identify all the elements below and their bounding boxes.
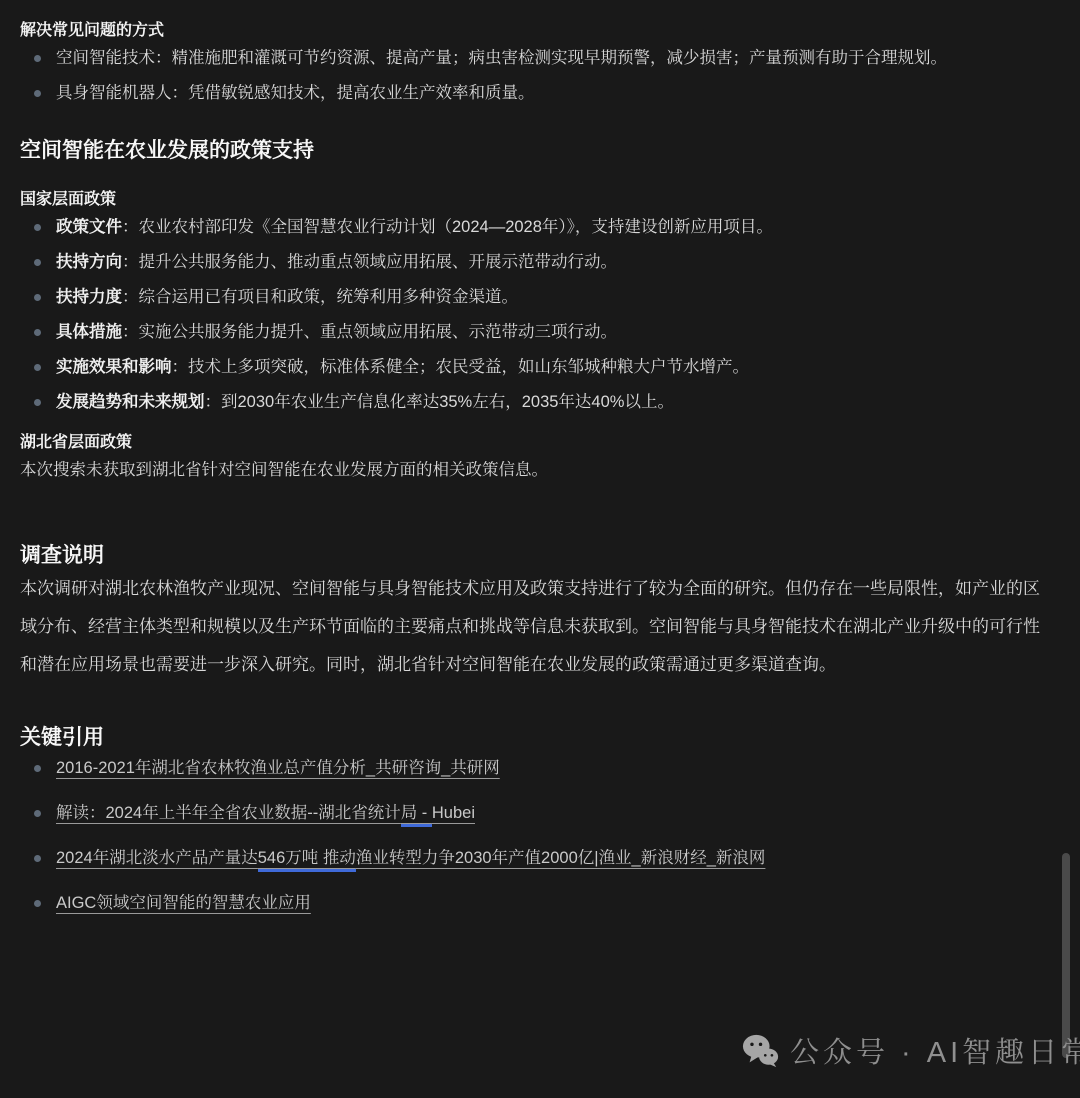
list-item: AIGC领域空间智能的智慧农业应用 bbox=[34, 887, 1044, 919]
survey-paragraph: 本次调研对湖北农林渔牧产业现况、空间智能与具身智能技术应用及政策支持进行了较为全… bbox=[20, 570, 1044, 684]
wechat-icon bbox=[742, 1032, 780, 1070]
bullet-dot-icon bbox=[34, 329, 41, 336]
reference-link[interactable]: 2016-2021年湖北省农林牧渔业总产值分析_共研咨询_共研网 bbox=[56, 759, 500, 777]
bullet-dot-icon bbox=[34, 364, 41, 371]
list-item-label: 具体措施 bbox=[56, 323, 122, 341]
reference-link[interactable]: AIGC领域空间智能的智慧农业应用 bbox=[56, 894, 311, 912]
list-item: 扶持方向：提升公共服务能力、推动重点领域应用拓展、开展示范带动行动。 bbox=[34, 246, 1044, 278]
link-text: 2024年湖北淡水产品产量达 bbox=[56, 849, 258, 867]
section-heading-solutions: 解决常见问题的方式 bbox=[20, 20, 1044, 42]
subheading-national-policy: 国家层面政策 bbox=[20, 189, 1044, 211]
solutions-list: 空间智能技术：精准施肥和灌溉可节约资源、提高产量；病虫害检测实现早期预警，减少损… bbox=[20, 42, 1044, 109]
list-item: 2024年湖北淡水产品产量达546万吨 推动渔业转型力争2030年产值2000亿… bbox=[34, 842, 1044, 874]
link-text: Hubei bbox=[432, 804, 475, 822]
scrollbar-thumb[interactable] bbox=[1062, 853, 1070, 1058]
list-item-label: 实施效果和影响 bbox=[56, 358, 172, 376]
list-item-text: ：实施公共服务能力提升、重点领域应用拓展、示范带动三项行动。 bbox=[122, 323, 617, 341]
list-item-text: ：农业农村部印发《全国智慧农业行动计划（2024—2028年）》，支持建设创新应… bbox=[122, 218, 773, 236]
link-text: 解读：2024年上半年全省农业数据--湖北省统计 bbox=[56, 804, 401, 822]
bullet-dot-icon bbox=[34, 224, 41, 231]
link-text-highlighted: 局 - bbox=[401, 804, 432, 827]
bullet-dot-icon bbox=[34, 399, 41, 406]
bullet-dot-icon bbox=[34, 294, 41, 301]
subheading-hubei-policy: 湖北省层面政策 bbox=[20, 432, 1044, 454]
list-item-text: ：提升公共服务能力、推动重点领域应用拓展、开展示范带动行动。 bbox=[122, 253, 617, 271]
list-item: 发展趋势和未来规划：到2030年农业生产信息化率达35%左右，2035年达40%… bbox=[34, 386, 1044, 418]
section-heading-survey: 调查说明 bbox=[20, 542, 1044, 570]
list-item: 2016-2021年湖北省农林牧渔业总产值分析_共研咨询_共研网 bbox=[34, 752, 1044, 784]
list-item-text: 具身智能机器人：凭借敏锐感知技术，提高农业生产效率和质量。 bbox=[56, 84, 535, 102]
section-heading-policy: 空间智能在农业发展的政策支持 bbox=[20, 137, 1044, 165]
bullet-dot-icon bbox=[34, 900, 41, 907]
list-item: 解读：2024年上半年全省农业数据--湖北省统计局 - Hubei bbox=[34, 797, 1044, 829]
report-page: 解决常见问题的方式 空间智能技术：精准施肥和灌溉可节约资源、提高产量；病虫害检测… bbox=[0, 0, 1080, 1098]
list-item: 政策文件：农业农村部印发《全国智慧农业行动计划（2024—2028年）》，支持建… bbox=[34, 211, 1044, 243]
watermark: 公众号 · AI智趣日常 bbox=[742, 1030, 1080, 1071]
list-item: 具体措施：实施公共服务能力提升、重点领域应用拓展、示范带动三项行动。 bbox=[34, 316, 1044, 348]
list-item: 具身智能机器人：凭借敏锐感知技术，提高农业生产效率和质量。 bbox=[34, 77, 1044, 109]
list-item: 空间智能技术：精准施肥和灌溉可节约资源、提高产量；病虫害检测实现早期预警，减少损… bbox=[34, 42, 1044, 74]
list-item: 扶持力度：综合运用已有项目和政策，统筹利用多种资金渠道。 bbox=[34, 281, 1044, 313]
list-item: 实施效果和影响：技术上多项突破，标准体系健全；农民受益，如山东邹城种粮大户节水增… bbox=[34, 351, 1044, 383]
list-item-label: 扶持力度 bbox=[56, 288, 122, 306]
reference-link[interactable]: 解读：2024年上半年全省农业数据--湖北省统计局 - Hubei bbox=[56, 804, 475, 827]
reference-link[interactable]: 2024年湖北淡水产品产量达546万吨 推动渔业转型力争2030年产值2000亿… bbox=[56, 849, 765, 872]
references-list: 2016-2021年湖北省农林牧渔业总产值分析_共研咨询_共研网 解读：2024… bbox=[20, 752, 1044, 919]
link-text: 渔业转型力争2030年产值2000亿|渔业_新浪财经_新浪网 bbox=[356, 849, 766, 867]
bullet-dot-icon bbox=[34, 855, 41, 862]
list-item-label: 扶持方向 bbox=[56, 253, 122, 271]
list-item-text: ：技术上多项突破，标准体系健全；农民受益，如山东邹城种粮大户节水增产。 bbox=[172, 358, 750, 376]
watermark-text: 公众号 · AI智趣日常 bbox=[790, 1030, 1080, 1071]
bullet-dot-icon bbox=[34, 810, 41, 817]
bullet-dot-icon bbox=[34, 765, 41, 772]
section-heading-references: 关键引用 bbox=[20, 724, 1044, 752]
list-item-text: 空间智能技术：精准施肥和灌溉可节约资源、提高产量；病虫害检测实现早期预警，减少损… bbox=[56, 49, 947, 67]
list-item-label: 政策文件 bbox=[56, 218, 122, 236]
list-item-label: 发展趋势和未来规划 bbox=[56, 393, 205, 411]
hubei-policy-note: 本次搜索未获取到湖北省针对空间智能在农业发展方面的相关政策信息。 bbox=[20, 454, 1044, 486]
national-policy-list: 政策文件：农业农村部印发《全国智慧农业行动计划（2024—2028年）》，支持建… bbox=[20, 211, 1044, 418]
bullet-dot-icon bbox=[34, 90, 41, 97]
link-text: 2016-2021年湖北省农林牧渔业总产值分析_共研咨询_共研网 bbox=[56, 759, 500, 777]
bullet-dot-icon bbox=[34, 259, 41, 266]
list-item-text: ：综合运用已有项目和政策，统筹利用多种资金渠道。 bbox=[122, 288, 518, 306]
link-text: AIGC领域空间智能的智慧农业应用 bbox=[56, 894, 311, 912]
link-text-highlighted: 546万吨 推动 bbox=[258, 849, 356, 872]
list-item-text: ：到2030年农业生产信息化率达35%左右，2035年达40%以上。 bbox=[205, 393, 674, 411]
bullet-dot-icon bbox=[34, 55, 41, 62]
